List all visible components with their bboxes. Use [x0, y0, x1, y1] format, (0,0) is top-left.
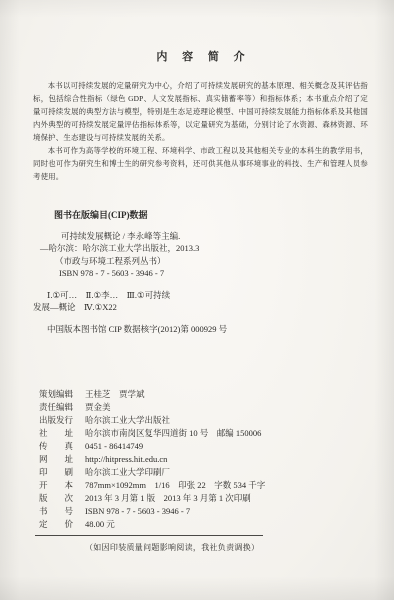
colophon-row-edition: 版 次 2013 年 3 月第 1 版 2013 年 3 月第 1 次印刷 [39, 492, 368, 505]
cip-publisher-line: —哈尔滨：哈尔滨工业大学出版社，2013.3 [40, 242, 368, 255]
colophon-label: 责任编辑 [39, 401, 85, 414]
colophon-value: 哈尔滨市南岗区复华四道街 10 号 邮编 150006 [85, 427, 368, 440]
cip-isbn-line: ISBN 978 - 7 - 5603 - 3946 - 7 [59, 267, 368, 280]
colophon-value: 贾金美 [85, 401, 368, 414]
cip-title-line: 可持续发展概论 / 李永峰等主编. [61, 230, 368, 243]
colophon-label: 版 次 [39, 492, 85, 505]
content-summary-paragraph: 本书以可持续发展的定量研究为中心，介绍了可持续发展研究的基本原理、相关概念及其评… [33, 79, 368, 144]
colophon-row-price: 定 价 48.00 元 [39, 518, 368, 531]
colophon-row-isbn: 书 号 ISBN 978 - 7 - 5603 - 3946 - 7 [39, 505, 368, 518]
quality-exchange-note: （如因印装质量问题影响阅读，我社负责调换） [85, 542, 368, 553]
colophon-row-responsible-editor: 责任编辑 贾金美 [39, 401, 368, 414]
cip-classification-line: 发展—概论 Ⅳ.①X22 [33, 301, 368, 314]
colophon-label: 传 真 [39, 440, 85, 453]
colophon-row-fax: 传 真 0451 - 86414749 [39, 440, 368, 453]
colophon-row-publisher: 出版发行 哈尔滨工业大学出版社 [39, 414, 368, 427]
colophon-label: 印 刷 [39, 466, 85, 479]
colophon-value: ISBN 978 - 7 - 5603 - 3946 - 7 [85, 505, 368, 518]
colophon-label: 定 价 [39, 518, 85, 531]
colophon-value: 哈尔滨工业大学出版社 [85, 414, 368, 427]
colophon-row-printer: 印 刷 哈尔滨工业大学印刷厂 [39, 466, 368, 479]
colophon-label: 开 本 [39, 479, 85, 492]
colophon-row-address: 社 址 哈尔滨市南岗区复华四道街 10 号 邮编 150006 [39, 427, 368, 440]
cip-heading: 图书在版编目(CIP)数据 [54, 209, 368, 222]
publication-colophon: 策划编辑 王桂芝 贾学斌 责任编辑 贾金美 出版发行 哈尔滨工业大学出版社 社 … [33, 388, 368, 531]
colophon-value: http://hitpress.hit.edu.cn [85, 453, 368, 466]
footer-divider [35, 535, 263, 536]
colophon-value: 0451 - 86414749 [85, 440, 368, 453]
colophon-value: 787mm×1092mm 1/16 印张 22 字数 534 千字 [85, 479, 368, 492]
colophon-row-format: 开 本 787mm×1092mm 1/16 印张 22 字数 534 千字 [39, 479, 368, 492]
cip-record-number-line: 中国版本图书馆 CIP 数据核字(2012)第 000929 号 [47, 323, 368, 336]
content-summary-paragraph: 本书可作为高等学校的环境工程、环境科学、市政工程以及其他相关专业的本科生的教学用… [33, 144, 368, 183]
colophon-label: 社 址 [39, 427, 85, 440]
colophon-value: 2013 年 3 月第 1 版 2013 年 3 月第 1 次印刷 [85, 492, 368, 505]
colophon-value: 48.00 元 [85, 518, 368, 531]
colophon-label: 出版发行 [39, 414, 85, 427]
cip-series-line: （市政与环境工程系列丛书） [55, 255, 368, 268]
cip-data-block: 图书在版编目(CIP)数据 可持续发展概论 / 李永峰等主编. —哈尔滨：哈尔滨… [33, 209, 368, 335]
colophon-value: 哈尔滨工业大学印刷厂 [85, 466, 368, 479]
cip-classification-line: Ⅰ.①可… Ⅱ.①李… Ⅲ.①可持续 [47, 289, 368, 302]
colophon-row-planning-editor: 策划编辑 王桂芝 贾学斌 [39, 388, 368, 401]
colophon-row-website: 网 址 http://hitpress.hit.edu.cn [39, 453, 368, 466]
colophon-label: 网 址 [39, 453, 85, 466]
content-summary-title: 内 容 简 介 [39, 48, 368, 64]
colophon-label: 书 号 [39, 505, 85, 518]
colophon-value: 王桂芝 贾学斌 [85, 388, 368, 401]
colophon-label: 策划编辑 [39, 388, 85, 401]
book-copyright-page: 内 容 简 介 本书以可持续发展的定量研究为中心，介绍了可持续发展研究的基本原理… [0, 0, 394, 600]
